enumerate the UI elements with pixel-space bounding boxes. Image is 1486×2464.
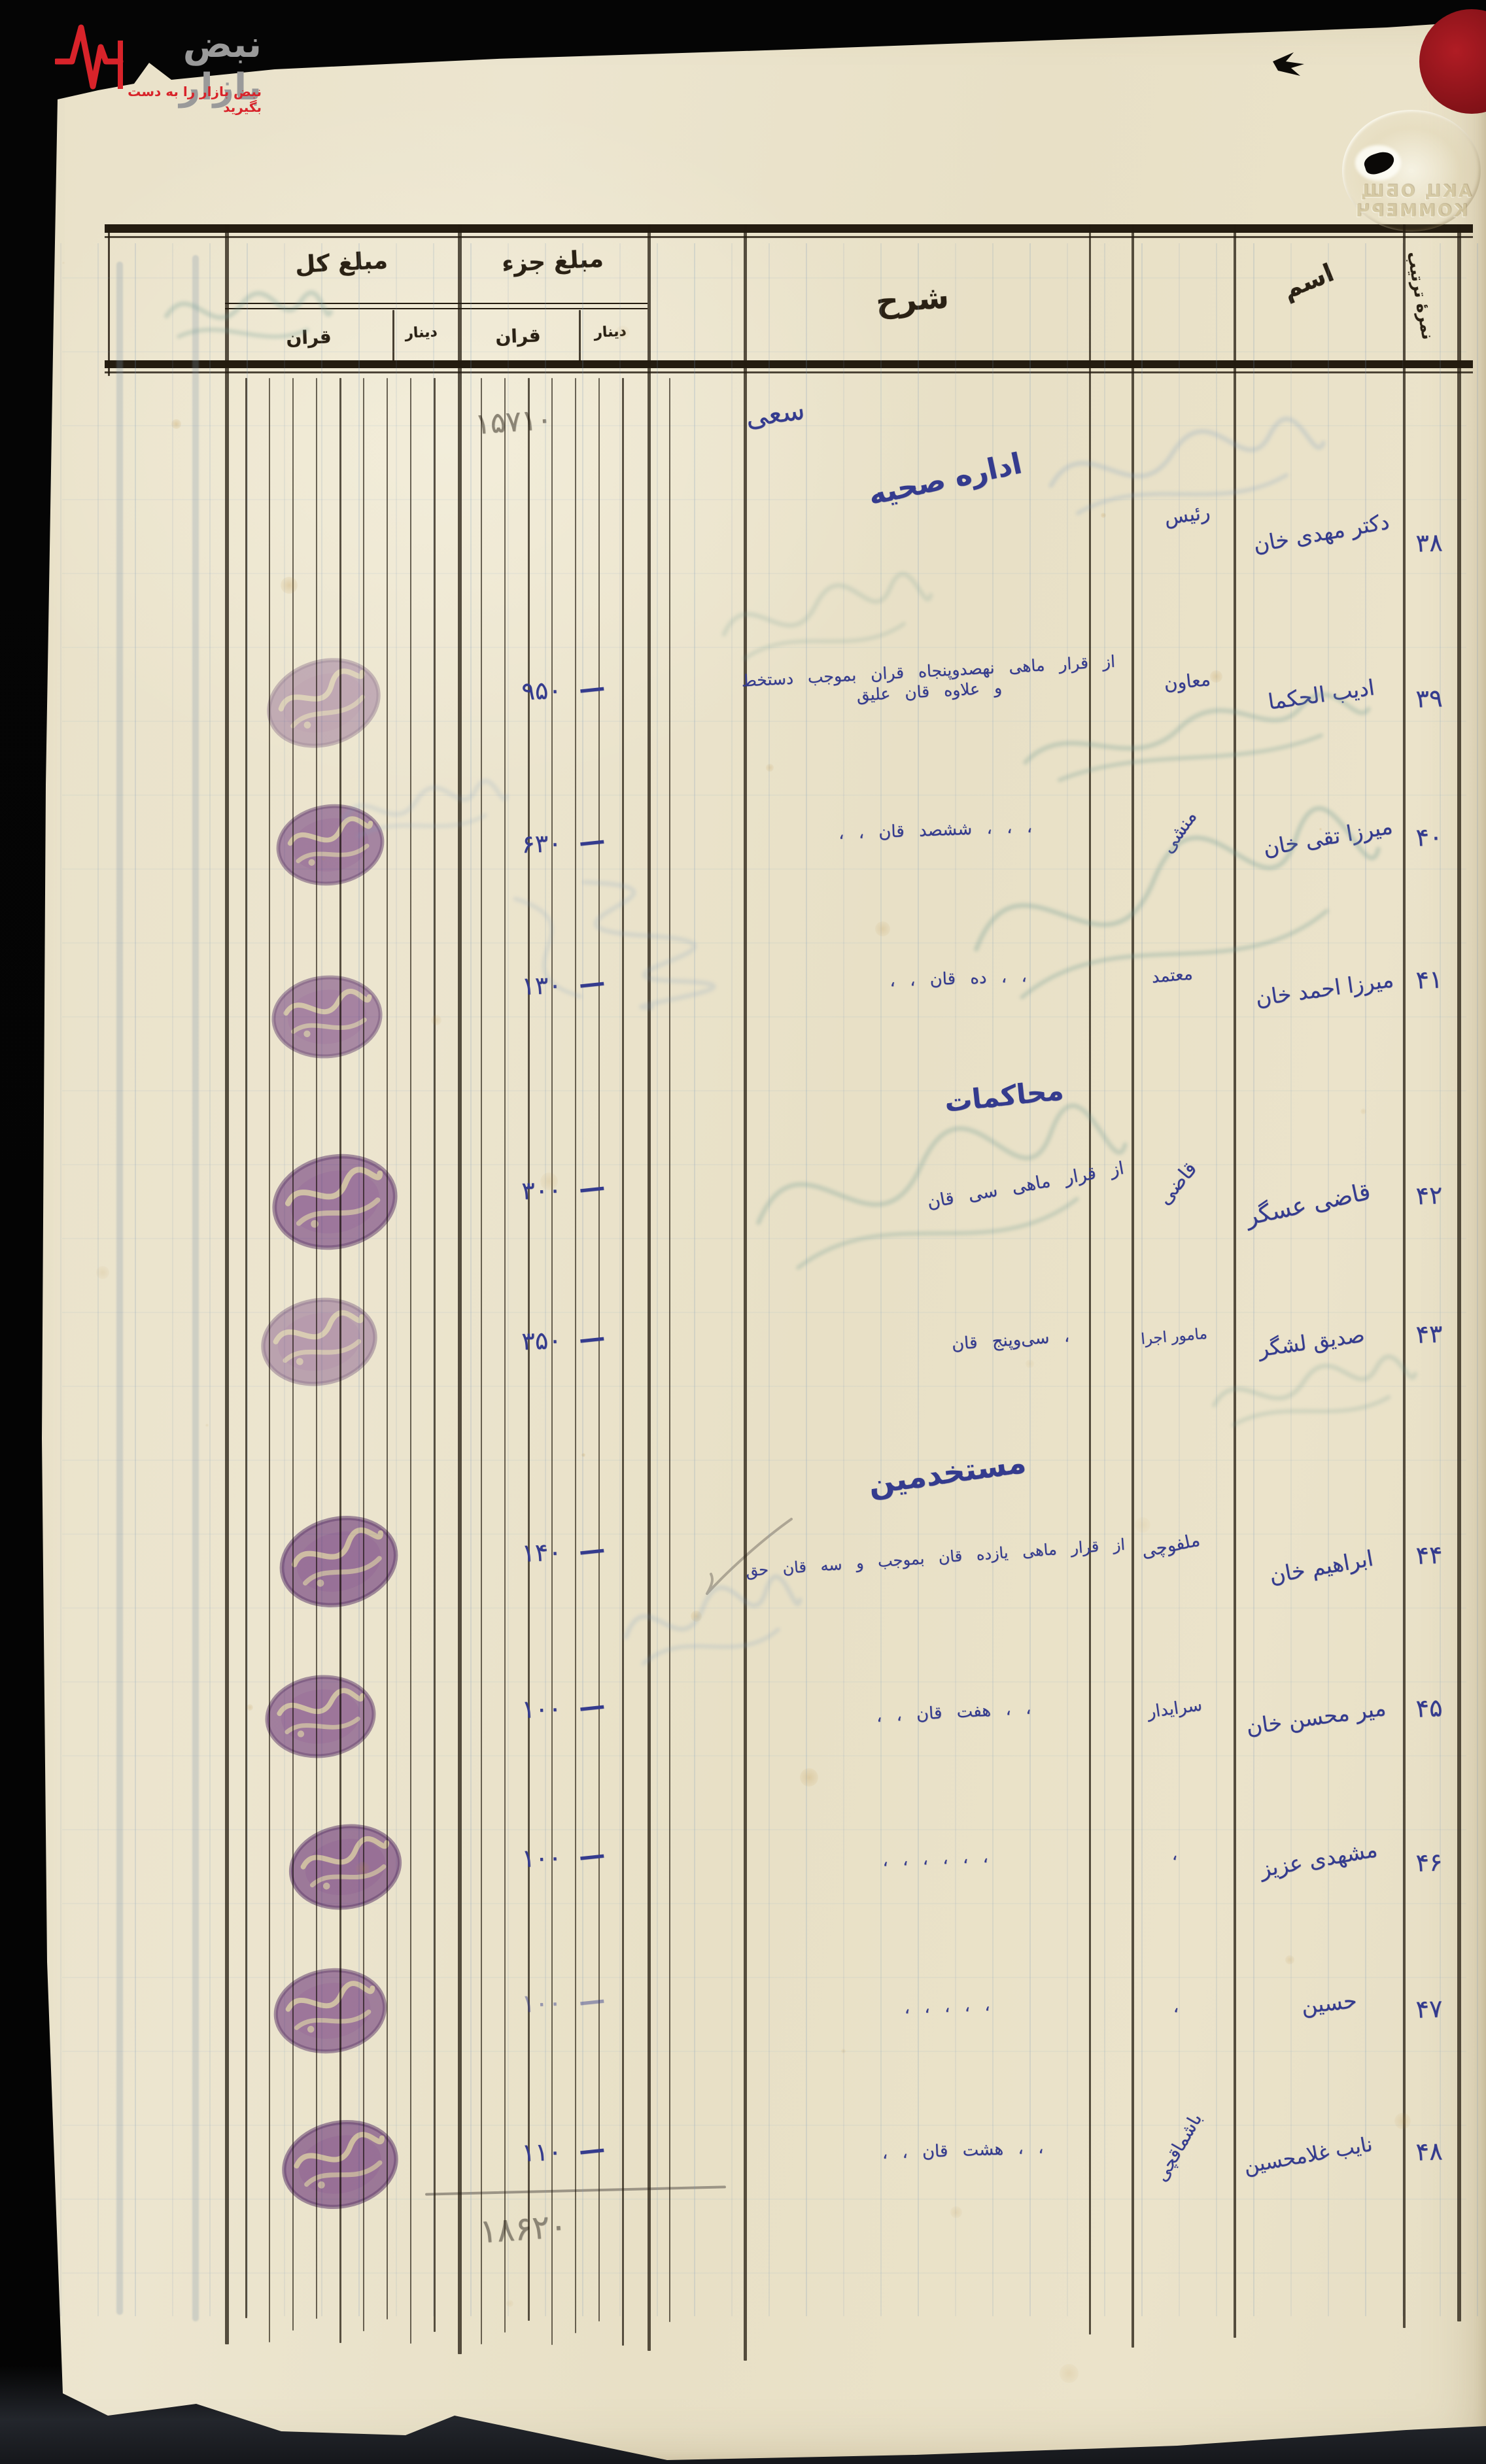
paper-aging-spot <box>581 1453 585 1457</box>
carried-forward-amount: ۱۵۷۱۰ <box>474 402 553 441</box>
ghost-show-through <box>716 553 940 676</box>
row-title: ، <box>1173 1997 1179 2017</box>
paper-aging-spot <box>841 2049 846 2053</box>
oval-seal-stamp <box>280 1809 410 1925</box>
blue-ruling-line <box>619 243 621 2316</box>
column-border <box>744 224 747 2361</box>
paper-aging-spot <box>1210 670 1222 683</box>
blue-ruling-line <box>1365 243 1366 2316</box>
subdivider-partial <box>579 310 581 362</box>
oval-seal-stamp <box>253 1288 386 1396</box>
blue-ruling-line <box>508 243 509 2316</box>
ghost-show-through <box>161 269 336 359</box>
row-amount-dinar: — <box>578 1839 607 1872</box>
paper-aging-spot <box>506 2300 513 2307</box>
scanned-ledger-page: مبلغ کل مبلغ جزء قران دینار قران دینار ش… <box>0 0 1486 2464</box>
blue-ruling-line <box>657 243 658 2316</box>
blue-ruling-line <box>1141 243 1143 2316</box>
margin-streak <box>116 262 123 2315</box>
column-ruling-line <box>622 378 624 2346</box>
blue-ruling-hline <box>62 1460 1466 1461</box>
oval-seal-stamp <box>254 642 394 764</box>
blue-ruling-line <box>1290 243 1292 2316</box>
paper-aging-spot <box>1360 1108 1366 1114</box>
row-amount-qiran: ۱۱۰ <box>521 2137 562 2167</box>
paper-aging-spot <box>1285 1955 1294 1964</box>
row-description: ، ، هفت قان ، ، <box>816 1695 1091 1730</box>
row-title: قاضی <box>1153 1157 1201 1209</box>
row-serial: ۴۵ <box>1415 1693 1443 1722</box>
paper-sheet: مبلغ کل مبلغ جزء قران دینار قران دینار ش… <box>0 0 1486 2464</box>
paper-aging-spot <box>322 857 325 861</box>
row-amount-dinar: — <box>578 1985 607 2017</box>
section-title: اداره صحیه <box>865 447 1025 511</box>
ghost-show-through <box>743 1067 1141 1301</box>
paper-aging-spot <box>431 1015 441 1025</box>
blue-ruling-line <box>135 243 136 2316</box>
section-title: مستخدمین <box>866 1444 1028 1501</box>
row-name: ابراهیم خان <box>1268 1545 1375 1588</box>
ghost-show-through <box>617 1555 809 1682</box>
header-serial-no: نمرهٔ ترتیب <box>1404 250 1438 341</box>
row-serial: ۴۰ <box>1415 822 1443 851</box>
row-serial: ۴۳ <box>1415 1319 1443 1348</box>
blue-ruling-line <box>1477 243 1478 2316</box>
paper-aging-spot <box>1060 2364 1079 2383</box>
row-name: نایب غلامحسین <box>1242 2132 1374 2178</box>
blue-ruling-hline <box>62 2272 1466 2274</box>
paper-aging-spot <box>356 1862 370 1875</box>
column-border <box>1234 224 1236 2338</box>
row-title: معاون <box>1163 668 1211 694</box>
grand-total-amount: ۱۸۶۲۰ <box>478 2206 568 2250</box>
oval-seal-stamp <box>268 970 387 1064</box>
row-amount-qiran: ۳۵۰ <box>521 1326 562 1356</box>
oval-seal-stamp <box>260 1665 381 1768</box>
row-name: حسین <box>1300 1987 1358 2019</box>
blue-ruling-line <box>209 243 211 2316</box>
row-description: ، ، هشت قان ، ، <box>822 2135 1104 2166</box>
column-ruling-line <box>669 378 670 2322</box>
row-serial: ۴۲ <box>1415 1180 1443 1210</box>
ghost-show-through <box>472 864 765 1026</box>
column-ruling-line <box>481 378 482 2344</box>
row-serial: ۴۶ <box>1415 1847 1443 1877</box>
row-amount-qiran: ۹۵۰ <box>521 676 562 706</box>
row-serial: ۳۸ <box>1415 528 1443 557</box>
row-amount-qiran: ۱۰۰ <box>521 1988 562 2018</box>
row-amount-qiran: ۱۴۰ <box>521 1537 562 1567</box>
row-serial: ۴۸ <box>1415 2136 1443 2166</box>
row-title: مامور اجرا <box>1140 1326 1208 1348</box>
blue-ruling-hline <box>62 2199 1466 2200</box>
column-ruling-line <box>551 378 553 2345</box>
row-serial: ۴۴ <box>1415 1540 1443 1569</box>
blue-ruling-hline <box>62 1903 1466 1904</box>
row-amount-dinar: — <box>578 2134 607 2166</box>
blue-ruling-hline <box>62 1090 1466 1091</box>
emboss-line2: КОММЕРЧ <box>1354 201 1468 221</box>
paper-aging-spot <box>1026 1360 1034 1368</box>
oval-seal-stamp <box>268 1499 410 1624</box>
row-amount-qiran: ۱۰۰ <box>521 1694 562 1724</box>
header-bottom-border <box>105 360 1473 368</box>
paper-aging-spot <box>875 921 890 936</box>
column-border <box>648 224 651 2351</box>
column-border <box>225 224 229 2344</box>
emboss-line1: АКЦ ОБЩ <box>1359 182 1472 201</box>
paper-aging-spot <box>205 1424 209 1427</box>
blue-ruling-line <box>60 243 61 2316</box>
row-title: ، <box>1172 1845 1177 1864</box>
row-amount-qiran: ۶۳۰ <box>521 829 562 859</box>
column-border <box>1403 224 1406 2328</box>
carried-forward-word: سعی <box>744 393 806 433</box>
margin-streak <box>192 255 199 2321</box>
paper-aging-spot <box>540 1172 558 1190</box>
site-watermark: نبض بازار نبض بازار را به دست بگیرید <box>46 7 262 111</box>
blue-ruling-line <box>470 243 472 2316</box>
paper-aging-spot <box>1135 1517 1150 1533</box>
row-name: مشهدی عزیز <box>1258 1836 1379 1882</box>
row-description: ، ، ، ، ، ، <box>765 1843 1106 1876</box>
column-border <box>1457 224 1461 2321</box>
oval-seal-stamp <box>267 1955 394 2066</box>
row-serial: ۴۷ <box>1415 1994 1443 2023</box>
margin-left-border <box>108 224 110 376</box>
blue-ruling-hline <box>62 2125 1466 2126</box>
column-ruling-line <box>504 378 506 2333</box>
paper-aging-spot <box>62 262 65 264</box>
ghost-show-through <box>1207 1340 1422 1439</box>
row-serial: ۳۹ <box>1415 683 1443 713</box>
ghost-show-through <box>1043 396 1332 533</box>
blue-ruling-line <box>731 243 733 2316</box>
column-ruling-line <box>410 378 411 2344</box>
row-amount-dinar: — <box>578 1322 607 1355</box>
blue-ruling-hline <box>62 1829 1466 1830</box>
header-bottom-border-thin <box>105 371 1473 373</box>
header-amount-total: مبلغ کل <box>294 247 389 279</box>
blue-ruling-line <box>396 243 397 2316</box>
blue-ruling-line <box>1104 243 1105 2316</box>
row-serial: ۴۱ <box>1415 965 1443 994</box>
paper-aging-spot <box>766 764 774 772</box>
row-description: ، سی‌وپنج قان <box>886 1322 1135 1360</box>
paper-aging-spot <box>247 1704 253 1711</box>
paper-aging-spot <box>615 326 630 340</box>
row-title: سرایدار <box>1146 1695 1203 1722</box>
row-amount-dinar: — <box>578 1172 607 1205</box>
blue-ruling-line <box>694 243 695 2316</box>
blue-ruling-line <box>172 243 173 2316</box>
row-amount-dinar: — <box>578 1690 607 1723</box>
row-description: ، ، ، ، ، <box>797 1991 1098 2023</box>
paper-aging-spot <box>96 1266 109 1279</box>
paper-aging-spot <box>1394 2113 1411 2129</box>
column-border <box>1132 224 1134 2348</box>
column-border <box>1089 224 1091 2335</box>
column-ruling-line <box>575 378 576 2333</box>
row-name: قاضی عسگر <box>1243 1178 1373 1231</box>
paper-aging-spot <box>281 577 298 594</box>
blue-ruling-line <box>1179 243 1180 2316</box>
header-partial-qiran: قران <box>495 324 541 347</box>
watermark-tagline: نبض بازار را به دست بگیرید <box>86 84 262 115</box>
subdivider-total <box>392 310 394 362</box>
table-top-border-thin <box>105 236 1473 238</box>
pulse-icon <box>55 21 137 92</box>
column-border <box>458 224 462 2354</box>
paper-aging-spot <box>171 419 181 429</box>
row-amount-dinar: — <box>578 825 607 858</box>
header-description: شرح <box>874 279 950 320</box>
ink-blot-mark <box>1271 51 1312 77</box>
row-amount-dinar: — <box>578 672 607 705</box>
paper-aging-spot <box>800 1768 818 1787</box>
column-ruling-line <box>245 378 247 2318</box>
table-top-border <box>105 224 1473 233</box>
row-amount-qiran: ۱۰۰ <box>521 1843 562 1873</box>
blue-ruling-line <box>1216 243 1217 2316</box>
header-amount-partial: مبلغ جزء <box>501 245 604 277</box>
ghost-show-through <box>338 767 511 847</box>
blue-ruling-line <box>97 243 99 2316</box>
row-amount-dinar: — <box>578 1534 607 1567</box>
blue-ruling-line <box>1253 243 1254 2316</box>
blue-ruling-hline <box>62 2051 1466 2052</box>
column-ruling-line <box>434 378 436 2332</box>
paper-aging-spot <box>950 2206 962 2218</box>
